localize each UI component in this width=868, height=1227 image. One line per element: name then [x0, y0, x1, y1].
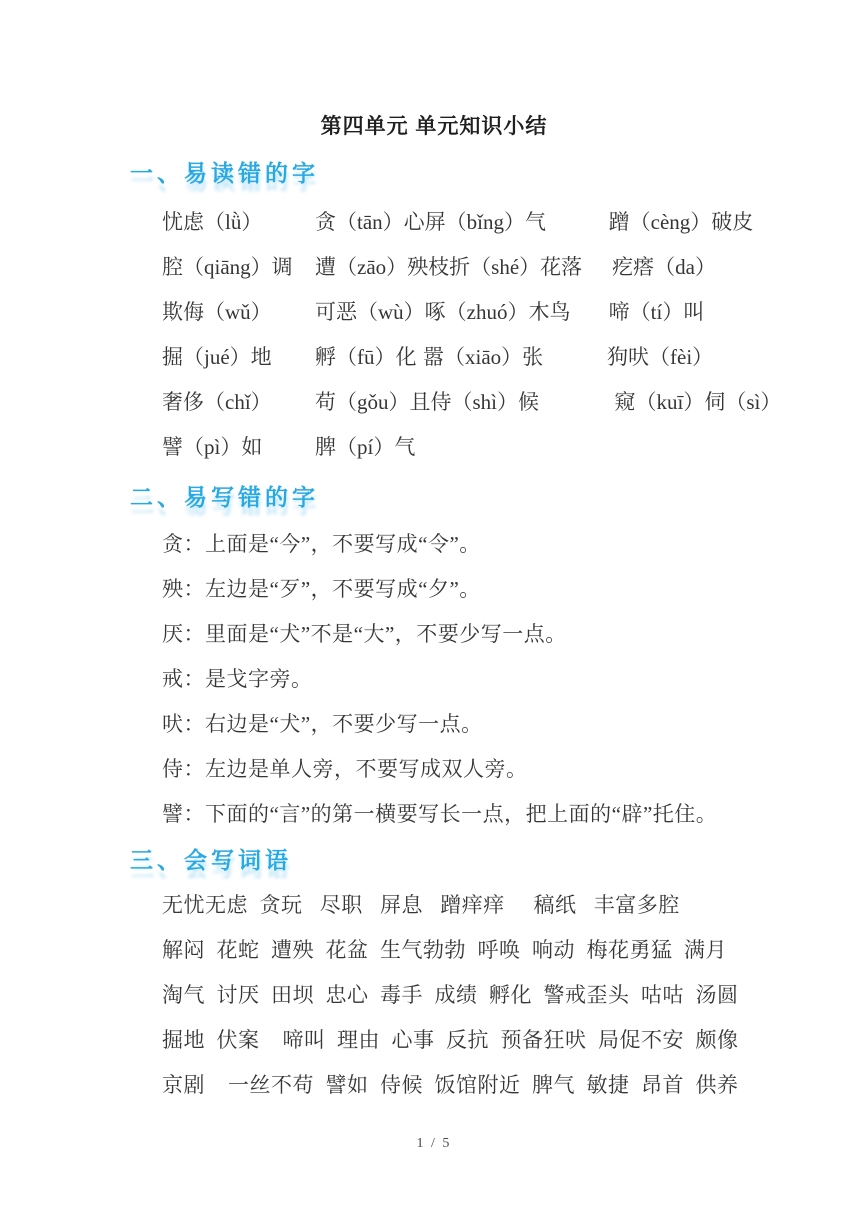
pinyin-item: 啼（tí）叫: [609, 296, 705, 326]
pinyin-item: 孵（fū）化: [315, 341, 423, 371]
pinyin-item: 可恶（wù）: [315, 296, 425, 326]
vocabulary-line: 淘气 讨厌 田坝 忠心 毒手 成绩 孵化 警戒歪头 咕咕 汤圆: [162, 971, 868, 1016]
section-vocabulary: 三、会写词语 无忧无虑 贪玩 尽职 屏息 蹭痒痒 稿纸 丰富多腔解闷 花蛇 遭殃…: [0, 845, 868, 1106]
miswritten-note-line: 殃：左边是“歹”，不要写成“夕”。: [162, 565, 868, 610]
pinyin-row: 掘（jué）地孵（fū）化嚣（xiāo）张狗吠（fèi）: [162, 333, 868, 378]
document-page: 第四单元 单元知识小结 一、易读错的字 忧虑（lǜ）贪（tān）心屏（bǐng）…: [0, 0, 868, 1227]
pinyin-item: 侍（shì）候: [431, 386, 615, 416]
pinyin-item: 苟（gǒu）且: [315, 386, 431, 416]
pinyin-item: 贪（tān）心: [315, 206, 425, 236]
miswritten-notes-list: 贪：上面是“今”，不要写成“令”。殃：左边是“歹”，不要写成“夕”。厌：里面是“…: [162, 520, 868, 835]
miswritten-note-line: 厌：里面是“犬”不是“大”，不要少写一点。: [162, 610, 868, 655]
pinyin-item: 蹭（cèng）破皮: [609, 206, 754, 236]
pinyin-item: 掘（jué）地: [162, 341, 315, 371]
pinyin-item: 嚣（xiāo）张: [423, 341, 607, 371]
pinyin-item: 欺侮（wǔ）: [162, 296, 315, 326]
vocabulary-line: 掘地 伏案 啼叫 理由 心事 反抗 预备狂吠 局促不安 颇像: [162, 1016, 868, 1061]
pinyin-row: 譬（pì）如脾（pí）气: [162, 423, 868, 468]
vocabulary-list: 无忧无虑 贪玩 尽职 屏息 蹭痒痒 稿纸 丰富多腔解闷 花蛇 遭殃 花盆 生气勃…: [162, 881, 868, 1106]
pronunciation-list: 忧虑（lǜ）贪（tān）心屏（bǐng）气蹭（cèng）破皮腔（qiāng）调遭…: [162, 198, 868, 468]
miswritten-note-line: 譬：下面的“言”的第一横要写长一点，把上面的“辟”托住。: [162, 790, 868, 835]
pinyin-item: 狗吠（fèi）: [607, 341, 713, 371]
pinyin-item: 腔（qiāng）调: [162, 251, 315, 281]
pinyin-row: 欺侮（wǔ）可恶（wù）啄（zhuó）木鸟啼（tí）叫: [162, 288, 868, 333]
pinyin-item: 枝折（shé）花落: [428, 251, 612, 281]
pinyin-row: 奢侈（chǐ）苟（gǒu）且侍（shì）候窥（kuī）伺（sì）: [162, 378, 868, 423]
pinyin-row: 忧虑（lǜ）贪（tān）心屏（bǐng）气蹭（cèng）破皮: [162, 198, 868, 243]
pinyin-row: 腔（qiāng）调遭（zāo）殃枝折（shé）花落疙瘩（da）: [162, 243, 868, 288]
section-heading-vocabulary: 三、会写词语: [130, 845, 868, 875]
miswritten-note-line: 贪：上面是“今”，不要写成“令”。: [162, 520, 868, 565]
vocabulary-line: 无忧无虑 贪玩 尽职 屏息 蹭痒痒 稿纸 丰富多腔: [162, 881, 868, 926]
pinyin-item: 遭（zāo）殃: [315, 251, 428, 281]
section-heading-easily-misread: 一、易读错的字: [130, 158, 868, 188]
pinyin-item: 窥（kuī）伺（sì）: [615, 386, 782, 416]
miswritten-note-line: 戒：是戈字旁。: [162, 655, 868, 700]
page-number: 1 / 5: [0, 1136, 868, 1152]
pinyin-item: 啄（zhuó）木鸟: [425, 296, 609, 326]
page-title: 第四单元 单元知识小结: [0, 0, 868, 140]
pinyin-item: 脾（pí）气: [315, 431, 423, 461]
miswritten-note-line: 侍：左边是单人旁，不要写成双人旁。: [162, 745, 868, 790]
section-miswritten: 二、易写错的字 贪：上面是“今”，不要写成“令”。殃：左边是“歹”，不要写成“夕…: [0, 482, 868, 835]
vocabulary-line: 解闷 花蛇 遭殃 花盆 生气勃勃 呼唤 响动 梅花勇猛 满月: [162, 926, 868, 971]
pinyin-item: 譬（pì）如: [162, 431, 315, 461]
miswritten-note-line: 吠：右边是“犬”，不要少写一点。: [162, 700, 868, 745]
pinyin-item: 奢侈（chǐ）: [162, 386, 315, 416]
pinyin-item: 忧虑（lǜ）: [162, 206, 315, 236]
pinyin-item: 屏（bǐng）气: [425, 206, 609, 236]
section-pronunciation: 一、易读错的字 忧虑（lǜ）贪（tān）心屏（bǐng）气蹭（cèng）破皮腔（…: [0, 158, 868, 468]
vocabulary-line: 京剧 一丝不苟 譬如 侍候 饭馆附近 脾气 敏捷 昂首 供养: [162, 1061, 868, 1106]
pinyin-item: 疙瘩（da）: [612, 251, 716, 281]
section-heading-easily-miswritten: 二、易写错的字: [130, 482, 868, 512]
